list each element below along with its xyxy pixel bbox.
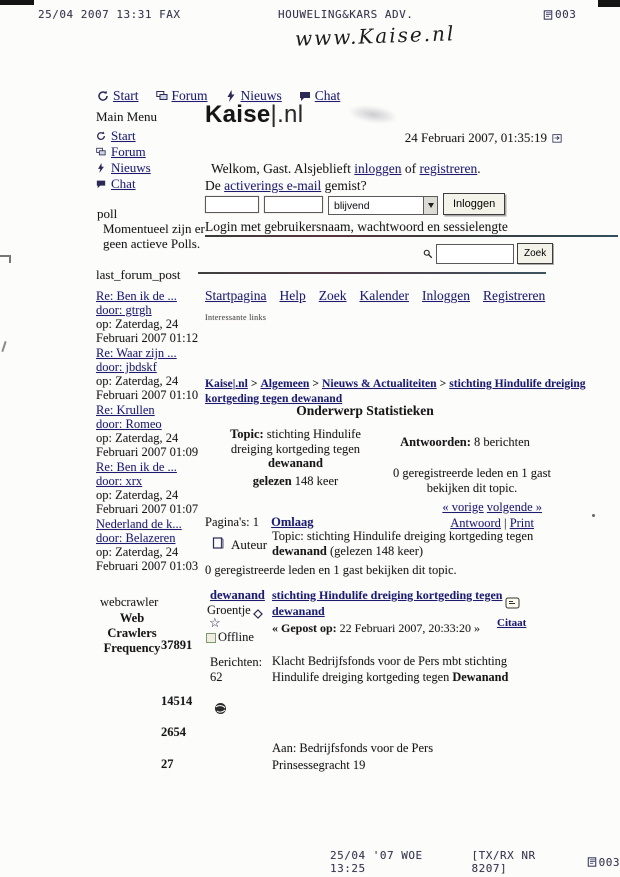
stats-read-value: 148 keer: [295, 474, 338, 488]
webcrawler-table-header: Web Crawlers Frequency: [98, 611, 166, 656]
post-author-link[interactable]: door: jbdskf: [96, 360, 157, 374]
offline-status: Offline: [206, 630, 254, 645]
activation-text-pre: De: [205, 178, 221, 193]
post-marker-icon: [252, 608, 264, 620]
fax-footer-page: 003: [587, 856, 620, 869]
posted-value: 22 Februari 2007, 20:33:20 »: [340, 621, 480, 635]
breadcrumb-algemeen[interactable]: Algemeen: [260, 377, 309, 390]
refresh-icon[interactable]: [552, 133, 562, 143]
post-author-name[interactable]: dewanand: [210, 588, 265, 603]
forum-post-item: Re: Krullen door: Romeo op: Zaterdag, 24…: [96, 403, 210, 459]
stats-topic-name: dewanand: [268, 456, 323, 470]
password-input[interactable]: [264, 196, 323, 213]
handwritten-url: www.Kaise.nl: [295, 21, 456, 51]
menu-kalender[interactable]: Kalender: [359, 288, 408, 304]
webcrawler-frequency-value: 27: [161, 757, 207, 772]
post-author-link[interactable]: door: Belazeren: [96, 531, 175, 545]
divider: [198, 272, 546, 274]
address-line-1: Aan: Bedrijfsfonds voor de Pers: [272, 741, 433, 755]
forum-post-item: Nederland de k... door: Belazeren op: Za…: [96, 517, 210, 573]
webcrawler-frequency-value: 37891: [161, 638, 207, 653]
post-count-value: 62: [210, 670, 223, 685]
post-date: op: Zaterdag, 24 Februari 2007 01:12: [96, 317, 210, 345]
topnav-chat[interactable]: Chat: [299, 88, 341, 104]
activation-text-post: gemist?: [325, 178, 367, 193]
post-body: Klacht Bedrijfsfonds voor de Pers mbt st…: [272, 653, 547, 685]
fax-page-number: 003: [555, 8, 576, 21]
breadcrumb-nieuws[interactable]: Nieuws & Actualiteiten: [322, 377, 437, 390]
sidebar-item-nieuws[interactable]: Nieuws: [96, 160, 206, 176]
action-separator: |: [504, 516, 507, 530]
address-line-2: Prinsessegracht 19: [272, 758, 365, 772]
sidebar-forum-label: Forum: [111, 144, 146, 160]
main-menu-title: Main Menu: [96, 109, 206, 125]
chat-icon: [96, 179, 106, 189]
stats-viewers: 0 geregistreerde leden en 1 gast bekijke…: [372, 466, 572, 496]
offline-icon: [206, 633, 216, 643]
select-arrow-icon: [423, 197, 437, 214]
post-author-link[interactable]: door: gtrgh: [96, 303, 152, 317]
breadcrumb-separator: >: [248, 377, 261, 390]
post-title-link[interactable]: Nederland de k...: [96, 517, 182, 531]
fax-footer-datetime: 25/04 '07 WOE 13:25: [330, 849, 456, 875]
topnav-forum[interactable]: Forum: [156, 88, 208, 104]
fax-footer-page-number: 003: [599, 856, 620, 869]
sidebar-main-menu: Main Menu Start Forum Nieuws Chat: [96, 109, 206, 192]
post-title-link[interactable]: Re: Ben ik de ...: [96, 289, 177, 303]
site-logo: Kaise|.nl: [205, 101, 303, 129]
start-icon: [96, 131, 106, 141]
fax-page-icon: [587, 857, 597, 867]
previous-topic-link[interactable]: « vorige: [442, 500, 483, 514]
last-posts-title: last_forum_post: [96, 268, 210, 282]
breadcrumb-home[interactable]: Kaise|.nl: [205, 377, 248, 390]
sidebar-item-forum[interactable]: Forum: [96, 144, 206, 160]
stats-read-label: gelezen: [253, 474, 292, 488]
print-link[interactable]: Print: [510, 516, 534, 530]
fax-footer-txrx: [TX/RX NR 8207]: [472, 849, 571, 875]
post-title-link[interactable]: stichting Hindulife dreiging kortgeding …: [272, 587, 528, 619]
poll-section: poll Momentueel zijn er geen actieve Pol…: [97, 206, 215, 251]
interesting-links-label: Interessante links: [205, 313, 266, 322]
sidebar-item-chat[interactable]: Chat: [96, 176, 206, 192]
login-form: blijvend Inloggen: [205, 196, 505, 218]
stats-read-count: gelezen 148 keer: [208, 474, 383, 489]
fax-footer: 25/04 '07 WOE 13:25 [TX/RX NR 8207] 003: [330, 849, 620, 875]
star-icon: ☆: [209, 615, 221, 631]
fax-header-page: 003: [543, 8, 576, 21]
reply-link[interactable]: Antwoord: [450, 516, 501, 530]
menu-startpagina[interactable]: Startpagina: [205, 288, 266, 304]
forum-post-item: Re: Ben ik de ... door: gtrgh op: Zaterd…: [96, 289, 210, 345]
topnav-forum-label: Forum: [172, 88, 208, 104]
topic-header-line: Topic: stichting Hindulife dreiging kort…: [272, 529, 590, 559]
fax-header-sender: HOUWELING&KARS ADV.: [278, 8, 413, 21]
quote-link[interactable]: Citaat: [497, 617, 526, 629]
activation-line: De activerings e-mail gemist?: [205, 178, 367, 194]
menu-registreren[interactable]: Registreren: [483, 288, 545, 304]
pages-label: Pagina's: 1: [205, 515, 259, 529]
logo-suffix: |.nl: [271, 101, 304, 128]
quote-icon[interactable]: [505, 597, 520, 611]
post-title-link[interactable]: Re: Ben ik de ...: [96, 460, 177, 474]
viewers-line: 0 geregistreerde leden en 1 gast bekijke…: [205, 563, 457, 578]
poll-text: Momentueel zijn er geen actieve Polls.: [97, 221, 215, 251]
forum-post-item: Re: Waar zijn ... door: jbdskf op: Zater…: [96, 346, 210, 402]
topnav-start-label: Start: [113, 88, 139, 104]
topnav-chat-label: Chat: [315, 88, 341, 104]
sidebar-nieuws-label: Nieuws: [111, 160, 151, 176]
next-topic-link[interactable]: volgende »: [487, 500, 542, 514]
datetime-text: 24 Februari 2007, 01:35:19: [405, 130, 547, 146]
session-length-value: blijvend: [334, 200, 370, 212]
fax-page-icon: [543, 10, 553, 20]
post-address: Aan: Bedrijfsfonds voor de Pers Prinsess…: [272, 740, 433, 774]
stats-replies-label: Antwoorden:: [400, 435, 471, 449]
register-link[interactable]: registreren: [420, 161, 478, 176]
scan-edge-artifact: [598, 0, 620, 7]
scan-noise: [592, 514, 595, 517]
fax-header-timestamp: 25/04 2007 13:31 FAX: [38, 8, 180, 21]
start-icon: [97, 90, 109, 102]
poll-title: poll: [97, 206, 215, 221]
webcrawler-frequency-value: 14514: [161, 694, 207, 709]
stats-replies: Antwoorden: 8 berichten: [385, 435, 545, 450]
post-date: op: Zaterdag, 24 Februari 2007 01:07: [96, 488, 210, 516]
author-column-header: Auteur: [231, 537, 267, 553]
post-date: op: Zaterdag, 24 Februari 2007 01:03: [96, 545, 210, 573]
welcome-text-of: of: [405, 161, 416, 176]
menu-inloggen[interactable]: Inloggen: [422, 288, 470, 304]
breadcrumb-separator: >: [309, 377, 322, 390]
session-length-select[interactable]: blijvend: [328, 196, 438, 215]
forum-menu: Startpagina Help Zoek Kalender Inloggen …: [205, 288, 545, 304]
post-date: op: Zaterdag, 24 Februari 2007 01:09: [96, 431, 210, 459]
forum-post-item: Re: Ben ik de ... door: xrx op: Zaterdag…: [96, 460, 210, 516]
welcome-text: Welkom, Gast. Alsjeblieft: [211, 161, 351, 176]
post-body-name: Dewanand: [452, 670, 508, 684]
offline-label: Offline: [218, 630, 254, 645]
pages-row: Pagina's: 1 Omlaag: [205, 515, 313, 530]
post-author-link[interactable]: door: Romeo: [96, 417, 162, 431]
welcome-line: Welkom, Gast. Alsjeblieft inloggen of re…: [211, 161, 481, 177]
welcome-period: .: [477, 161, 480, 176]
posted-label: « Gepost op:: [272, 621, 337, 635]
scan-smudge: [347, 103, 399, 127]
breadcrumb: Kaise|.nl>Algemeen>Nieuws & Actualiteite…: [205, 376, 597, 406]
globe-icon: [214, 702, 227, 715]
login-button[interactable]: Inloggen: [443, 193, 505, 215]
post-count-label: Berichten:: [210, 655, 262, 670]
activation-email-link[interactable]: activerings e-mail: [224, 178, 321, 193]
stats-replies-value: 8 berichten: [474, 435, 530, 449]
sidebar-start-label: Start: [111, 128, 136, 144]
scan-noise: [1, 341, 6, 352]
post-title-link[interactable]: Re: Krullen: [96, 403, 155, 417]
scan-edge-artifact: [0, 0, 34, 5]
topic-header-readcount: (gelezen 148 keer): [330, 544, 423, 558]
post-author-link[interactable]: door: xrx: [96, 474, 142, 488]
topic-pagination: « vorige volgende »: [442, 500, 542, 515]
sidebar-item-start[interactable]: Start: [96, 128, 206, 144]
search-icon: [423, 249, 433, 259]
sidebar-chat-label: Chat: [111, 176, 136, 192]
topic-header-name: dewanand: [272, 544, 327, 558]
last-forum-post-section: last_forum_post Re: Ben ik de ... door: …: [96, 268, 210, 574]
current-datetime: 24 Februari 2007, 01:35:19: [405, 130, 562, 146]
post-timestamp: « Gepost op: 22 Februari 2007, 20:33:20 …: [272, 621, 512, 636]
scan-noise: [0, 255, 11, 263]
post-title-link[interactable]: Re: Waar zijn ...: [96, 346, 177, 360]
fax-document: 25/04 2007 13:31 FAX HOUWELING&KARS ADV.…: [0, 0, 620, 877]
webcrawler-title: webcrawler: [100, 595, 158, 610]
go-down-link[interactable]: Omlaag: [271, 515, 313, 529]
webcrawler-frequency-value: 2654: [161, 725, 207, 740]
post-date: op: Zaterdag, 24 Februari 2007 01:10: [96, 374, 210, 402]
breadcrumb-separator: >: [437, 377, 450, 390]
stats-title: Onderwerp Statistieken: [255, 403, 475, 419]
search-button[interactable]: Zoek: [517, 243, 553, 264]
stats-topic-label: Topic:: [230, 427, 264, 441]
topnav-start[interactable]: Start: [97, 88, 139, 104]
menu-help[interactable]: Help: [279, 288, 305, 304]
divider: [205, 235, 618, 237]
forum-icon: [96, 147, 106, 157]
username-input[interactable]: [205, 196, 259, 213]
news-icon: [96, 163, 106, 173]
login-link[interactable]: inloggen: [354, 161, 401, 176]
stats-topic: Topic: stichting Hindulife dreiging kort…: [208, 427, 383, 471]
topic-header-pre: Topic: stichting Hindulife dreiging kort…: [272, 529, 533, 543]
logo-primary: Kaise: [205, 101, 271, 128]
forum-icon: [156, 90, 168, 102]
search-input[interactable]: [436, 244, 514, 264]
author-column-icon: [212, 537, 224, 549]
menu-zoek[interactable]: Zoek: [319, 288, 347, 304]
login-helper-text: Login met gebruikersnaam, wachtwoord en …: [205, 219, 508, 235]
search-bar: Zoek: [423, 243, 553, 264]
